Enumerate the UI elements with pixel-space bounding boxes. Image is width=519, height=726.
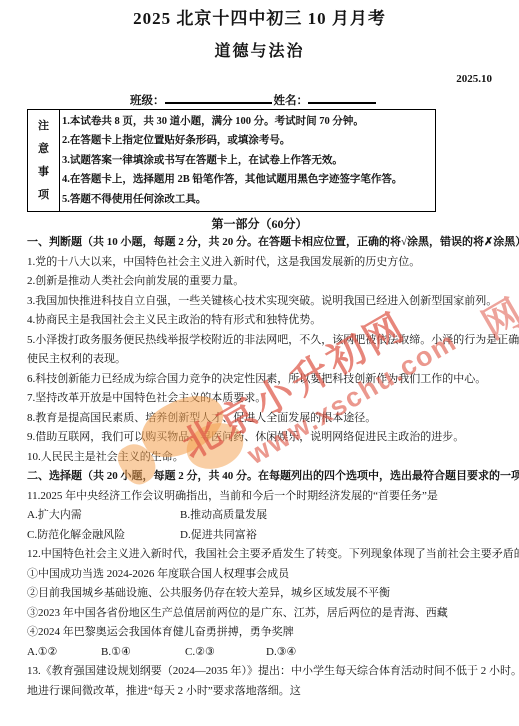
question-line: ②目前我国城乡基础设施、公共服务仍存在较大差异，城乡区域发展不平衡: [27, 584, 497, 604]
question-line: 11.2025 年中央经济工作会议明确指出，当前和今后一个时期经济发展的“首要任…: [27, 487, 497, 507]
question-line: 6.科技创新能力已经成为综合国力竞争的决定性因素，所以要把科技创新作为我们工作的…: [27, 370, 497, 390]
option-label: D.③④: [266, 643, 296, 663]
question-line: 使民主权利的表现。: [27, 350, 497, 370]
question-line: 9.借助互联网，我们可以购买物品、寻医问药、休闲娱乐，说明网络促进民主政治的进步…: [27, 428, 497, 448]
option-label: D.促进共同富裕: [180, 526, 333, 546]
option-label: B.推动高质量发展: [180, 506, 333, 526]
question-line: ④2024 年巴黎奥运会我国体育健儿奋勇拼搏，勇争奖牌: [27, 623, 497, 643]
notice-side-char: 意: [38, 138, 49, 161]
part1-heading: 第一部分（60分）: [0, 215, 519, 232]
question-line: 10.人民民主是社会主义的生命。: [27, 448, 497, 468]
question-line: 2.创新是推动人类社会向前发展的重要力量。: [27, 272, 497, 292]
notice-side-char: 项: [38, 184, 49, 207]
option-label: C.②③: [185, 643, 266, 663]
notice-box: 注意事项 1.本试卷共 8 页，共 30 道小题，满分 100 分。考试时间 7…: [27, 109, 436, 212]
question-line: 12.中国特色社会主义进入新时代，我国社会主要矛盾发生了转变。下列现象体现了当前…: [27, 545, 497, 565]
student-info-line: 班级：姓名：: [130, 91, 376, 108]
class-label: 班级：: [130, 95, 165, 107]
exam-paper-page: 2025 北京十四中初三 10 月月考 道德与法治 2025.10 班级：姓名：…: [0, 0, 519, 726]
option-label: C.防范化解金融风险: [27, 526, 180, 546]
notice-item: 1.本试卷共 8 页，共 30 道小题，满分 100 分。考试时间 70 分钟。: [62, 112, 433, 131]
notice-side-char: 注: [38, 115, 49, 138]
question-line: 4.协商民主是我国社会主义民主政治的特有形式和独特优势。: [27, 311, 497, 331]
question-line: 地进行课间微改革，推进“每天 2 小时”要求落地落细。这: [27, 682, 497, 702]
notice-side-char: 事: [38, 161, 49, 184]
question-line: 二、选择题（共 20 小题，每题 2 分，共 40 分。在每题列出的四个选项中，…: [27, 467, 497, 487]
question-line: 7.坚持改革开放是中国特色社会主义的本质要求。: [27, 389, 497, 409]
question-line: 5.小泽拨打政务服务便民热线举报学校附近的非法网吧，不久，该网吧被依法取缔。小泽…: [27, 331, 497, 351]
question-line: 1.党的十八大以来，中国特色社会主义进入新时代，这是我国发展新的历史方位。: [27, 253, 497, 273]
question-line: 8.教育是提高国民素质、培养创新型人才、促进人全面发展的根本途径。: [27, 409, 497, 429]
exam-subject-title: 道德与法治: [0, 38, 519, 61]
question-line: ①中国成功当选 2024-2026 年度联合国人权理事会成员: [27, 565, 497, 585]
name-label: 姓名：: [274, 95, 309, 107]
question-line: A.①②B.①④C.②③D.③④: [27, 643, 497, 663]
question-body: 一、判断题（共 10 小题，每题 2 分，共 20 分。在答题卡相应位置，正确的…: [27, 233, 497, 701]
exam-title: 2025 北京十四中初三 10 月月考: [0, 4, 519, 29]
option-label: A.①②: [27, 643, 101, 663]
question-line: A.扩大内需B.推动高质量发展: [27, 506, 497, 526]
notice-items: 1.本试卷共 8 页，共 30 道小题，满分 100 分。考试时间 70 分钟。…: [60, 110, 435, 211]
question-line: 一、判断题（共 10 小题，每题 2 分，共 20 分。在答题卡相应位置，正确的…: [27, 233, 497, 253]
notice-item: 2.在答题卡上指定位置贴好条形码，或填涂考号。: [62, 131, 433, 150]
class-fill-blank: [165, 91, 272, 104]
name-fill-blank: [308, 91, 376, 104]
notice-item: 5.答题不得使用任何涂改工具。: [62, 190, 433, 209]
question-line: ③2023 年中国各省份地区生产总值居前两位的是广东、江苏，居后两位的是青海、西…: [27, 604, 497, 624]
option-label: A.扩大内需: [27, 506, 180, 526]
option-label: B.①④: [101, 643, 185, 663]
question-line: 13.《教育强国建设规划纲要（2024—2035 年）》提出：中小学生每天综合体…: [27, 662, 497, 682]
question-line: C.防范化解金融风险D.促进共同富裕: [27, 526, 497, 546]
notice-item: 3.试题答案一律填涂或书写在答题卡上，在试卷上作答无效。: [62, 151, 433, 170]
notice-item: 4.在答题卡上，选择题用 2B 铅笔作答，其他试题用黑色字迹签字笔作答。: [62, 170, 433, 189]
exam-date: 2025.10: [456, 73, 492, 85]
notice-side-label: 注意事项: [28, 110, 60, 211]
question-line: 3.我国加快推进科技自立自强，一些关键核心技术实现突破。说明我国已经进入创新型国…: [27, 292, 497, 312]
